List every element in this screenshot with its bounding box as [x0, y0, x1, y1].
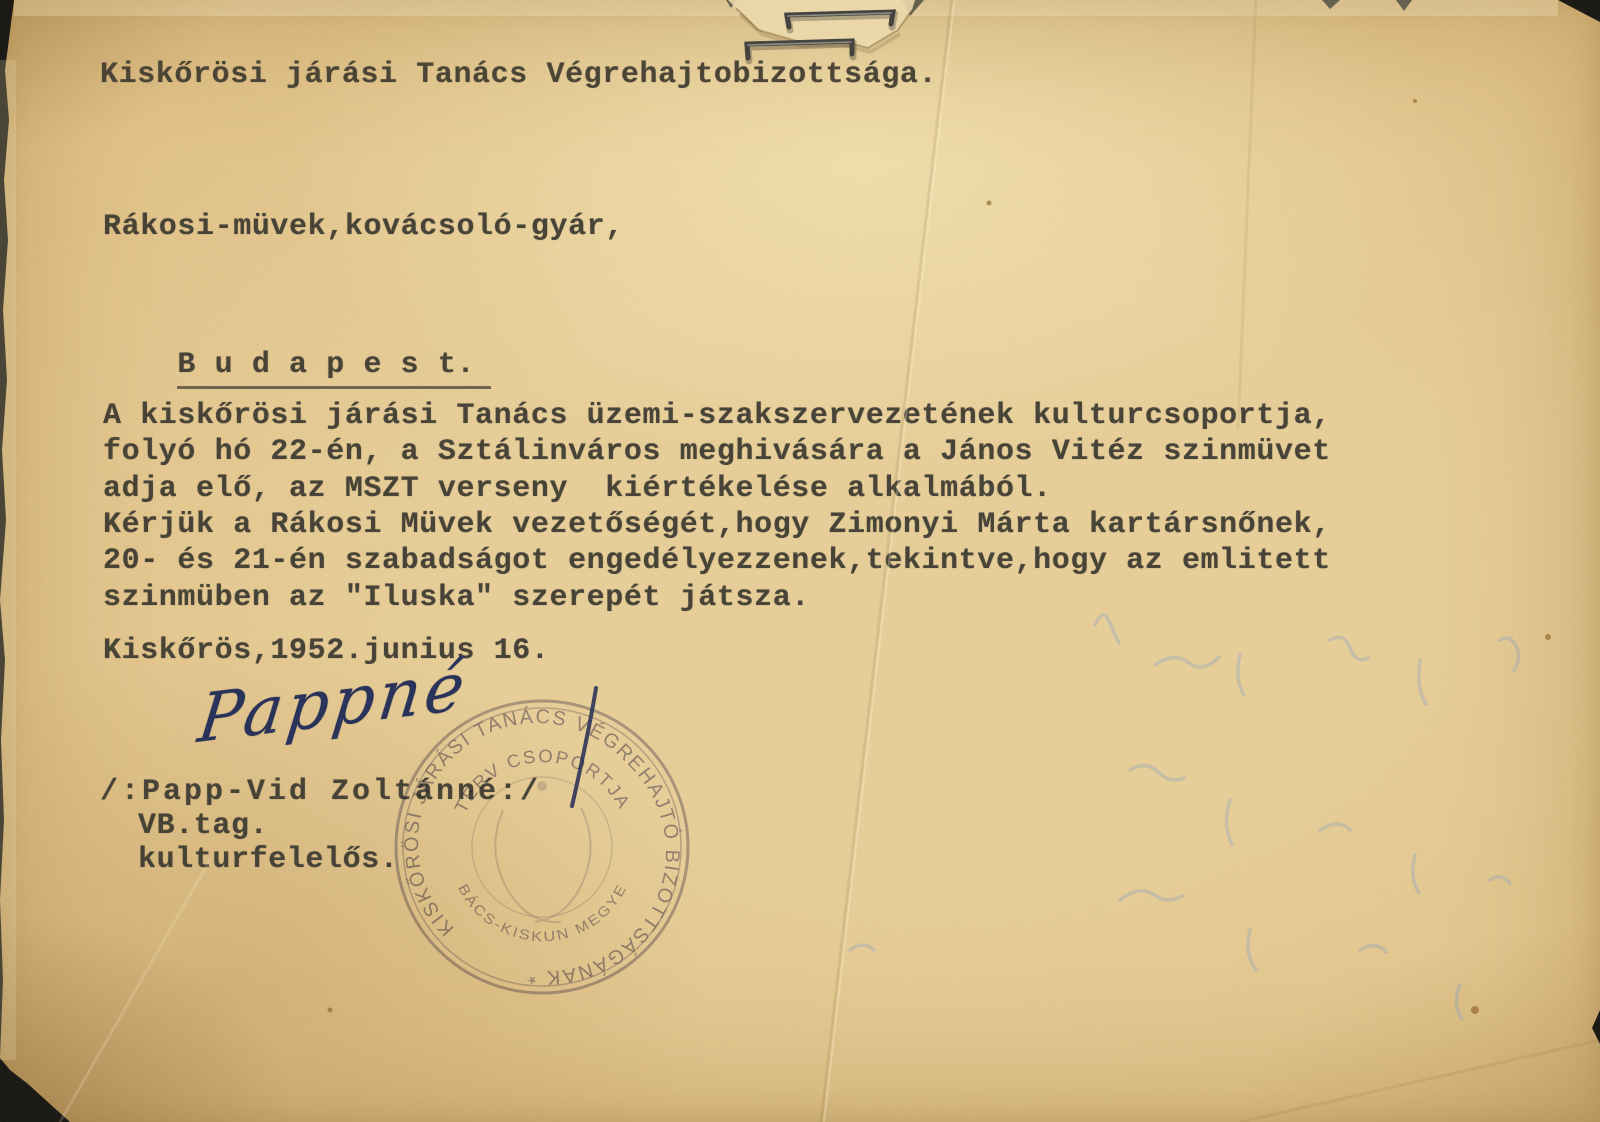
stamp-inner-bottom-text: BÁCS-KISKUN MEGYE: [455, 880, 630, 944]
body-line: 20- és 21-én szabadságot engedélyezzenek…: [103, 544, 1331, 578]
body-line: folyó hó 22-én, a Sztálinváros meghivásá…: [103, 435, 1331, 469]
signature-role-1: VB.tag.: [138, 809, 268, 843]
recipient-city-text: B u d a p e s t.: [177, 348, 491, 389]
signature-role-2: kulturfelelős.: [138, 843, 398, 877]
body-line: Kérjük a Rákosi Müvek vezetőségét,hogy Z…: [103, 508, 1331, 542]
svg-text:BÁCS-KISKUN MEGYE: BÁCS-KISKUN MEGYE: [455, 880, 630, 944]
body-line: adja elő, az MSZT verseny kiértékelése a…: [103, 472, 1052, 506]
body-line: szinmüben az "Iluska" szerepét játsza.: [103, 581, 810, 615]
svg-text:TERV CSOPORTJA: TERV CSOPORTJA: [451, 746, 635, 816]
stamp-inner-top-text: TERV CSOPORTJA: [451, 746, 635, 816]
recipient-line: Rákosi-müvek,kovácsoló-gyár,: [103, 210, 624, 244]
stamp-outer-ring: [396, 701, 688, 993]
date-line: Kiskőrös,1952.junius 16.: [103, 634, 549, 668]
scanned-letter-paper: Kiskőrösi járási Tanács Végrehajtobizott…: [0, 0, 1600, 1122]
letterhead-issuer: Kiskőrösi járási Tanács Végrehajtobizott…: [100, 58, 937, 92]
body-line: A kiskőrösi járási Tanács üzemi-szakszer…: [103, 399, 1331, 433]
official-round-stamp: KISKŐRÖSI JÁRÁSI TANÁCS VÉGREHAJTÓ BIZOT…: [385, 690, 705, 1010]
stamp-emblem: [495, 781, 590, 922]
